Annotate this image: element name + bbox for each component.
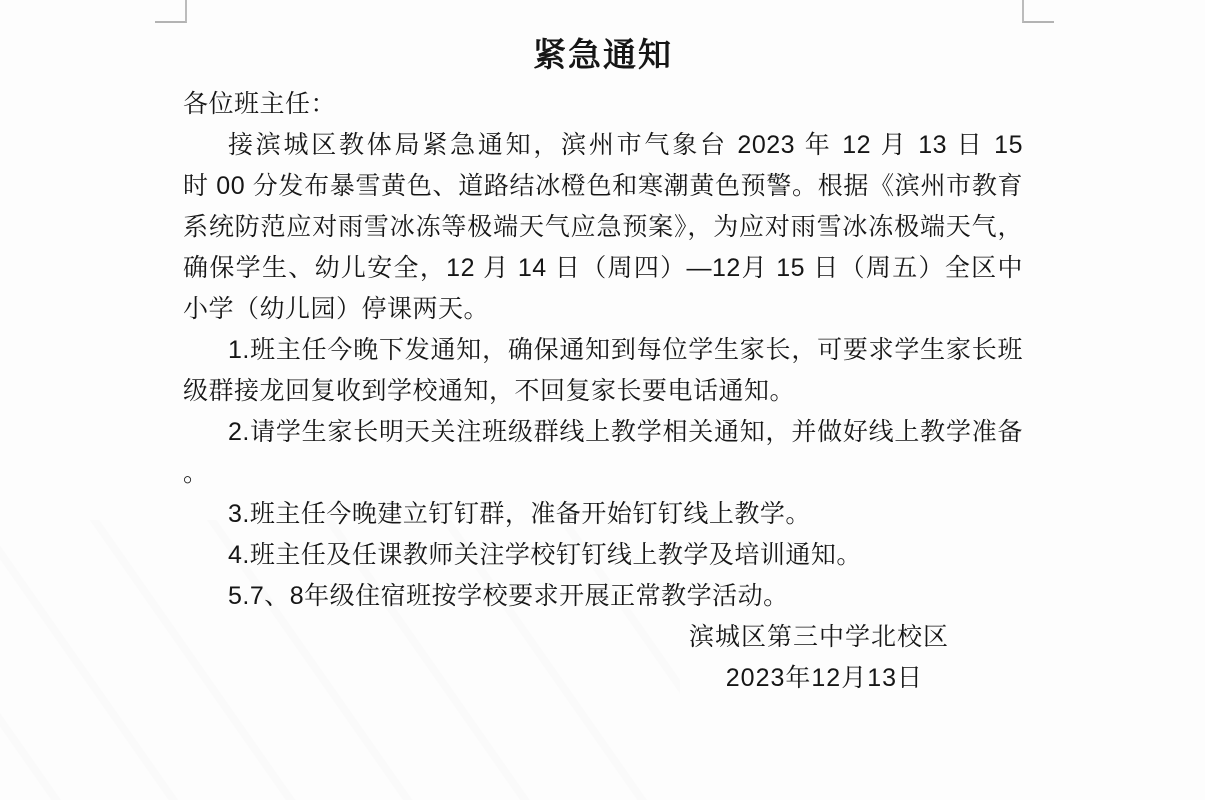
- document-body: 各位班主任： 接滨城区教体局紧急通知，滨州市气象台 2023 年 12 月 13…: [183, 84, 1023, 699]
- body-lines: 接滨城区教体局紧急通知，滨州市气象台 2023 年 12 月 13 日 15时 …: [183, 125, 1023, 617]
- crop-mark-top-right-icon: [1022, 0, 1054, 23]
- body-line: 5.7、8年级住宿班按学校要求开展正常教学活动。: [183, 576, 1023, 617]
- body-line: 小学（幼儿园）停课两天。: [183, 289, 1023, 330]
- body-line: 系统防范应对雨雪冰冻等极端天气应急预案》，为应对雨雪冰冻极端天气，: [183, 207, 1023, 248]
- body-line: 接滨城区教体局紧急通知，滨州市气象台 2023 年 12 月 13 日 15: [183, 125, 1023, 166]
- body-line: 。: [183, 453, 1023, 494]
- body-line: 3.班主任今晚建立钉钉群，准备开始钉钉线上教学。: [183, 494, 1023, 535]
- body-line: 1.班主任今晚下发通知，确保通知到每位学生家长，可要求学生家长班: [183, 330, 1023, 371]
- salutation: 各位班主任：: [183, 84, 1023, 125]
- crop-mark-top-left-icon: [155, 0, 187, 23]
- body-line: 4.班主任及任课教师关注学校钉钉线上教学及培训通知。: [183, 535, 1023, 576]
- signature: 滨城区第三中学北校区: [183, 617, 1023, 658]
- date: 2023年12月13日: [183, 658, 1023, 699]
- body-line: 确保学生、幼儿安全，12 月 14 日（周四）—12月 15 日（周五）全区中: [183, 248, 1023, 289]
- body-line: 2.请学生家长明天关注班级群线上教学相关通知，并做好线上教学准备: [183, 412, 1023, 453]
- body-line: 级群接龙回复收到学校通知，不回复家长要电话通知。: [183, 371, 1023, 412]
- body-line: 时 00 分发布暴雪黄色、道路结冰橙色和寒潮黄色预警。根据《滨州市教育: [183, 166, 1023, 207]
- document-title: 紧急通知: [183, 34, 1023, 76]
- notice-document-page: 紧急通知 各位班主任： 接滨城区教体局紧急通知，滨州市气象台 2023 年 12…: [0, 0, 1205, 800]
